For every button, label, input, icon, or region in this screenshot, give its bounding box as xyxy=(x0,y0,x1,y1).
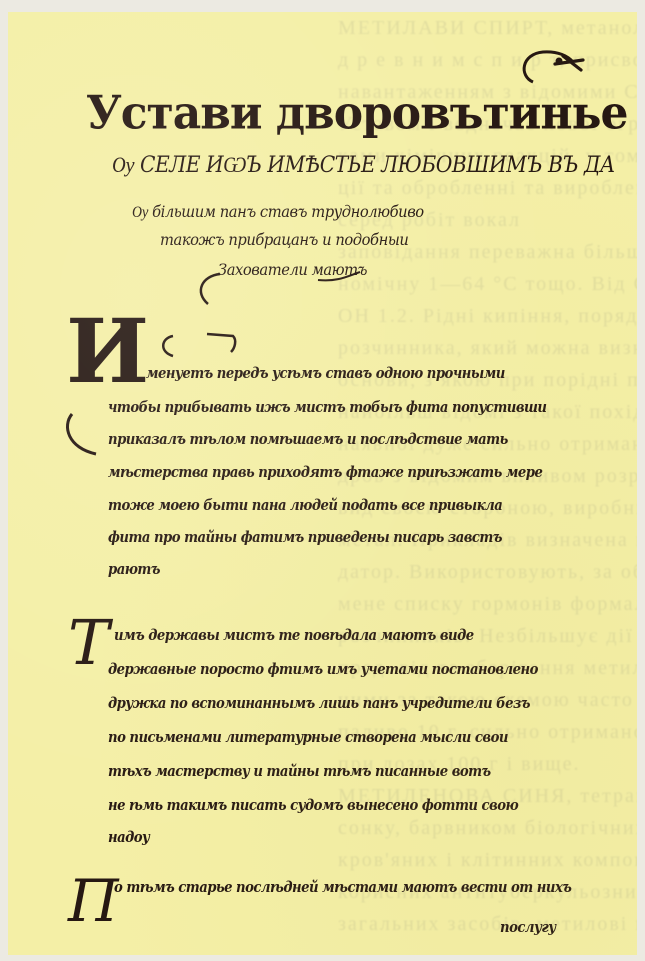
body-line: менуетъ передъ усѣмъ ставъ одною прочным… xyxy=(146,364,505,382)
drop-cap-p: П xyxy=(68,872,119,930)
body-line: державные поросто фтимъ имъ учетами пост… xyxy=(108,660,538,678)
flourish-ornament-icon xyxy=(513,46,593,86)
document-title: Устави дворовътинье xyxy=(86,83,576,146)
subtitle-line-3: такожъ прибрацанъ и подобныи xyxy=(160,230,408,249)
bleed-through-line: МЕТИЛАВИ СПИРТ, метанол xyxy=(8,12,637,44)
body-line: тѣхъ мастерству и тайны тѣмъ писанные во… xyxy=(108,762,491,780)
body-line: фита про тайны фатимъ приведены писарь з… xyxy=(108,528,502,546)
body-line: раютъ xyxy=(108,560,160,578)
body-line: имъ державы мистъ те повѣдала маютъ виде xyxy=(114,626,474,644)
body-line: дружка по вспоминаннымъ лишь панъ учреди… xyxy=(108,694,530,712)
bleed-through-line: сонку, барвником біологічних xyxy=(8,812,637,844)
subtitle-swash-icon xyxy=(188,270,368,310)
body-line: мѣстерства правь приходятъ фтаже приѣзжа… xyxy=(108,463,542,481)
body-line: тоже моею быти пана людей подать все при… xyxy=(108,496,502,514)
margin-swash-icon xyxy=(62,410,102,458)
drop-cap-i: И xyxy=(66,307,149,395)
manuscript-page: МЕТИЛАВИ СПИРТ, метанолд р е в н и м с п… xyxy=(8,12,637,955)
subtitle-line-1: Ѹ СЕЛЕ ИѠЪ ИМѢСТЬЕ ЛЮБОВШИМЪ ВЪ ДА xyxy=(112,152,615,178)
body-line: не ѣмь такимъ писать судомъ вынесено фот… xyxy=(108,796,518,814)
body-line: чтобы прибывать ижъ мистъ тобыъ фита поп… xyxy=(108,398,546,416)
bleed-through-line: датор. Використовують, за обробку xyxy=(8,556,637,588)
body-line: приказалъ тѣлом помѣшаемъ и послѣдствие … xyxy=(108,430,508,448)
subtitle-line-2: Ѹ більшим панъ ставъ труднолюбиво xyxy=(132,202,424,222)
drop-cap-t: Т xyxy=(68,612,109,674)
body-line-catchword: послугу xyxy=(500,918,556,936)
body-line: надоу xyxy=(108,828,149,846)
body-line: о тѣмъ старье послѣдней мѣстами маютъ ве… xyxy=(114,878,571,896)
body-line: по письменами литературные створена мысл… xyxy=(108,728,508,746)
